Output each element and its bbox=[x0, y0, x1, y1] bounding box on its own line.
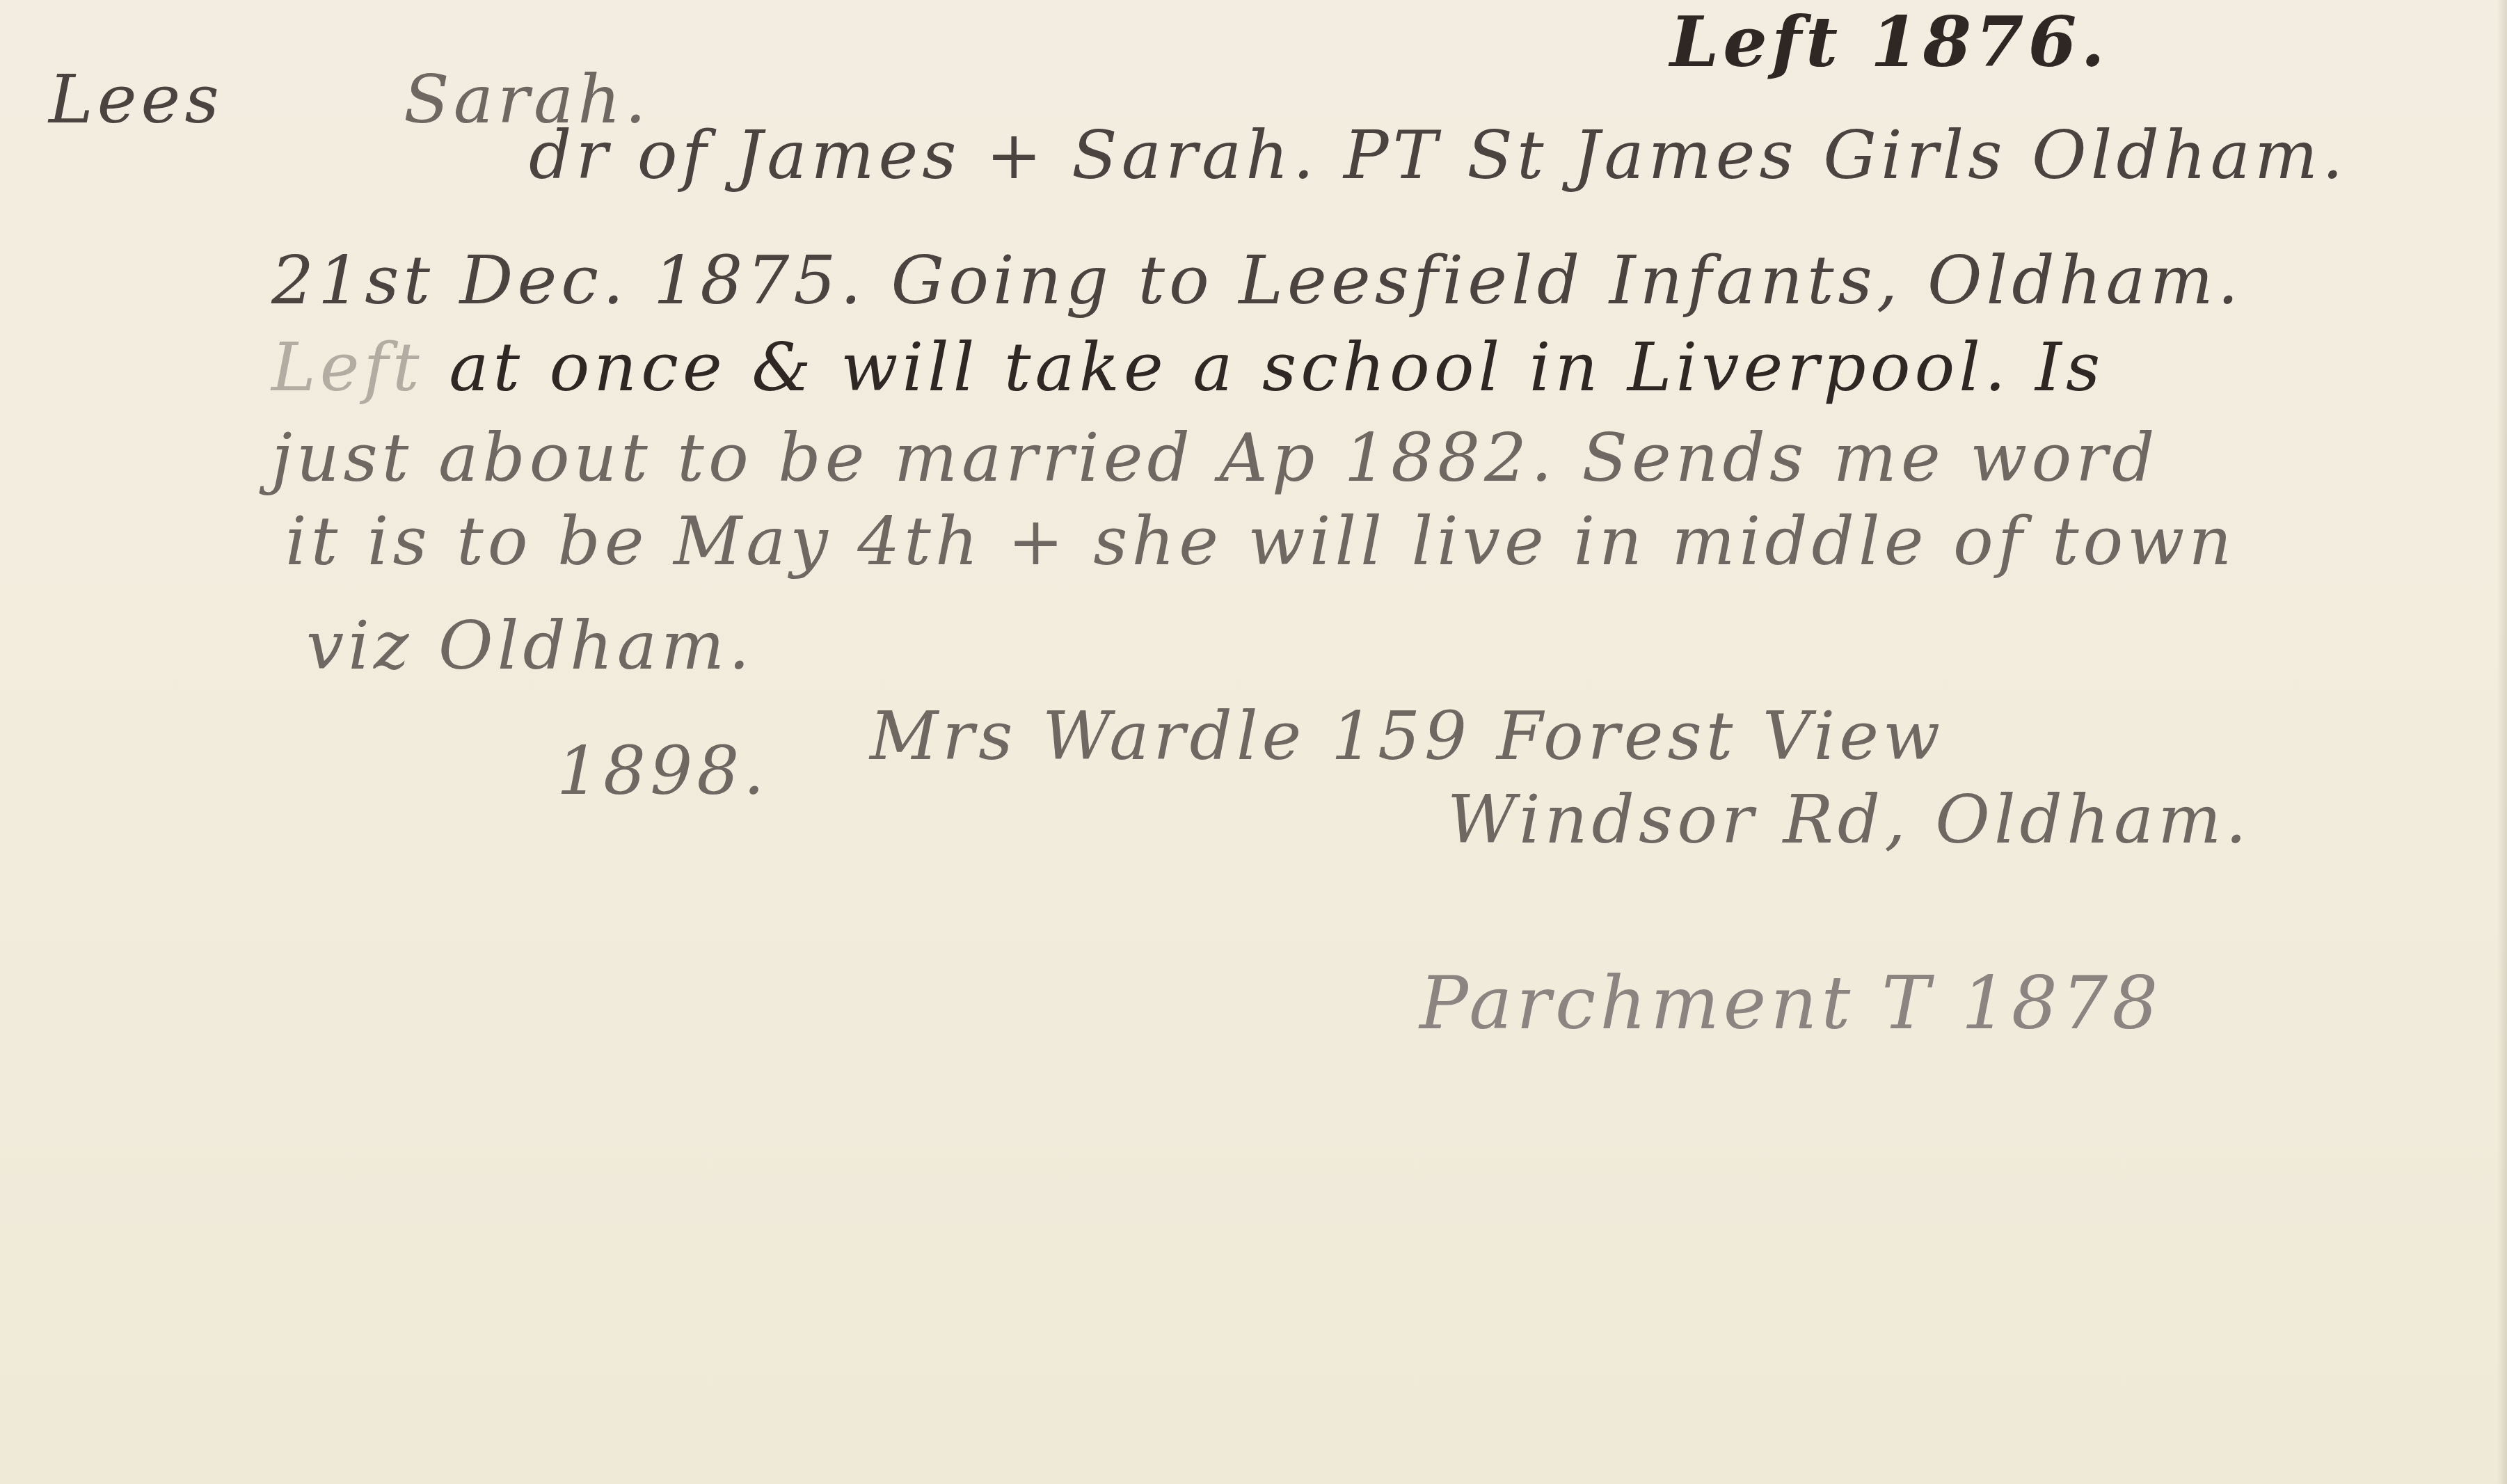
surname: Lees bbox=[49, 66, 223, 133]
entry-line-left: Left at once & will take a school in Liv… bbox=[271, 334, 2104, 401]
page-edge bbox=[2497, 0, 2507, 1484]
parchment-note: Parchment T 1878 bbox=[1419, 967, 2162, 1039]
entry-line-viz-oldham: viz Oldham. bbox=[306, 612, 754, 679]
entry-line-left-text: at once & will take a school in Liverpoo… bbox=[424, 328, 2104, 406]
entry-line-parents-school: dr of James + Sarah. PT St James Girls O… bbox=[529, 122, 2348, 189]
entry-line-may: it is to be May 4th + she will live in m… bbox=[285, 508, 2236, 575]
address-line-2: Windsor Rd, Oldham. bbox=[1447, 786, 2251, 853]
entry-line-date-going-to: 21st Dec. 1875. Going to Leesfield Infan… bbox=[271, 247, 2243, 314]
left-date: Left 1876. bbox=[1670, 7, 2109, 77]
later-note-year: 1898. bbox=[557, 737, 769, 804]
address-line-1: Mrs Wardle 159 Forest View bbox=[870, 703, 1944, 769]
entry-line-married: just about to be married Ap 1882. Sends … bbox=[271, 424, 2159, 491]
left-annotation: Left bbox=[271, 328, 424, 406]
register-page: Lees Sarah. Left 1876. dr of James + Sar… bbox=[0, 0, 2507, 1484]
